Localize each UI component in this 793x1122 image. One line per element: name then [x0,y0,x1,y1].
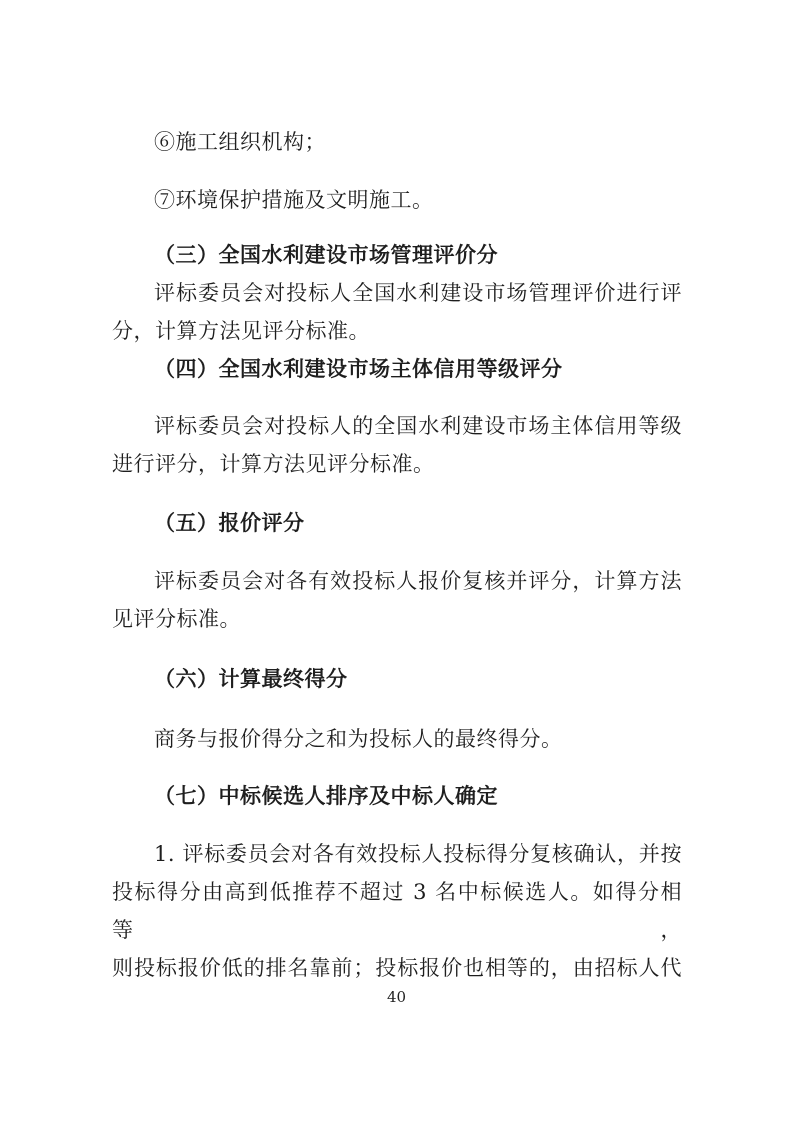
paragraph: 商务与报价得分之和为投标人的最终得分。 [112,720,682,758]
section-heading-3: （三）全国水利建设市场管理评价分 [112,236,682,274]
paragraph-line: 评标委员会对投标人全国水利建设市场管理评价进行评 [112,274,682,312]
paragraph: 1. 评标委员会对各有效投标人投标得分复核确认，并按 投标得分由高到低推荐不超过… [112,835,682,987]
paragraph-line: 评标委员会对各有效投标人报价复核并评分，计算方法 [112,562,682,600]
document-page: ⑥施工组织机构； ⑦环境保护措施及文明施工。 （三）全国水利建设市场管理评价分 … [0,0,793,1122]
paragraph: 评标委员会对投标人全国水利建设市场管理评价进行评 分，计算方法见评分标准。 [112,274,682,350]
paragraph-line: 商务与报价得分之和为投标人的最终得分。 [112,720,724,758]
list-item-6: ⑥施工组织机构； [112,123,682,161]
paragraph-line: 投标得分由高到低推荐不超过 3 名中标候选人。如得分相等， [112,873,682,949]
paragraph-line: 1. 评标委员会对各有效投标人投标得分复核确认，并按 [112,835,682,873]
page-number: 40 [0,986,793,1008]
document-content: ⑥施工组织机构； ⑦环境保护措施及文明施工。 （三）全国水利建设市场管理评价分 … [112,0,682,987]
paragraph: 评标委员会对各有效投标人报价复核并评分，计算方法 见评分标准。 [112,562,682,638]
paragraph-line: 进行评分，计算方法见评分标准。 [112,445,682,483]
section-heading-6: （六）计算最终得分 [112,660,682,698]
paragraph-line: 评标委员会对投标人的全国水利建设市场主体信用等级 [112,407,682,445]
paragraph-line: 则投标报价低的排名靠前；投标报价也相等的，由招标人代 [112,949,682,987]
section-heading-7: （七）中标候选人排序及中标人确定 [112,777,682,815]
section-heading-5: （五）报价评分 [112,504,682,542]
section-heading-4: （四）全国水利建设市场主体信用等级评分 [112,350,682,388]
list-item-7: ⑦环境保护措施及文明施工。 [112,181,682,219]
paragraph-line: 见评分标准。 [112,600,682,638]
paragraph-line: 分，计算方法见评分标准。 [112,312,682,350]
paragraph: 评标委员会对投标人的全国水利建设市场主体信用等级 进行评分，计算方法见评分标准。 [112,407,682,483]
